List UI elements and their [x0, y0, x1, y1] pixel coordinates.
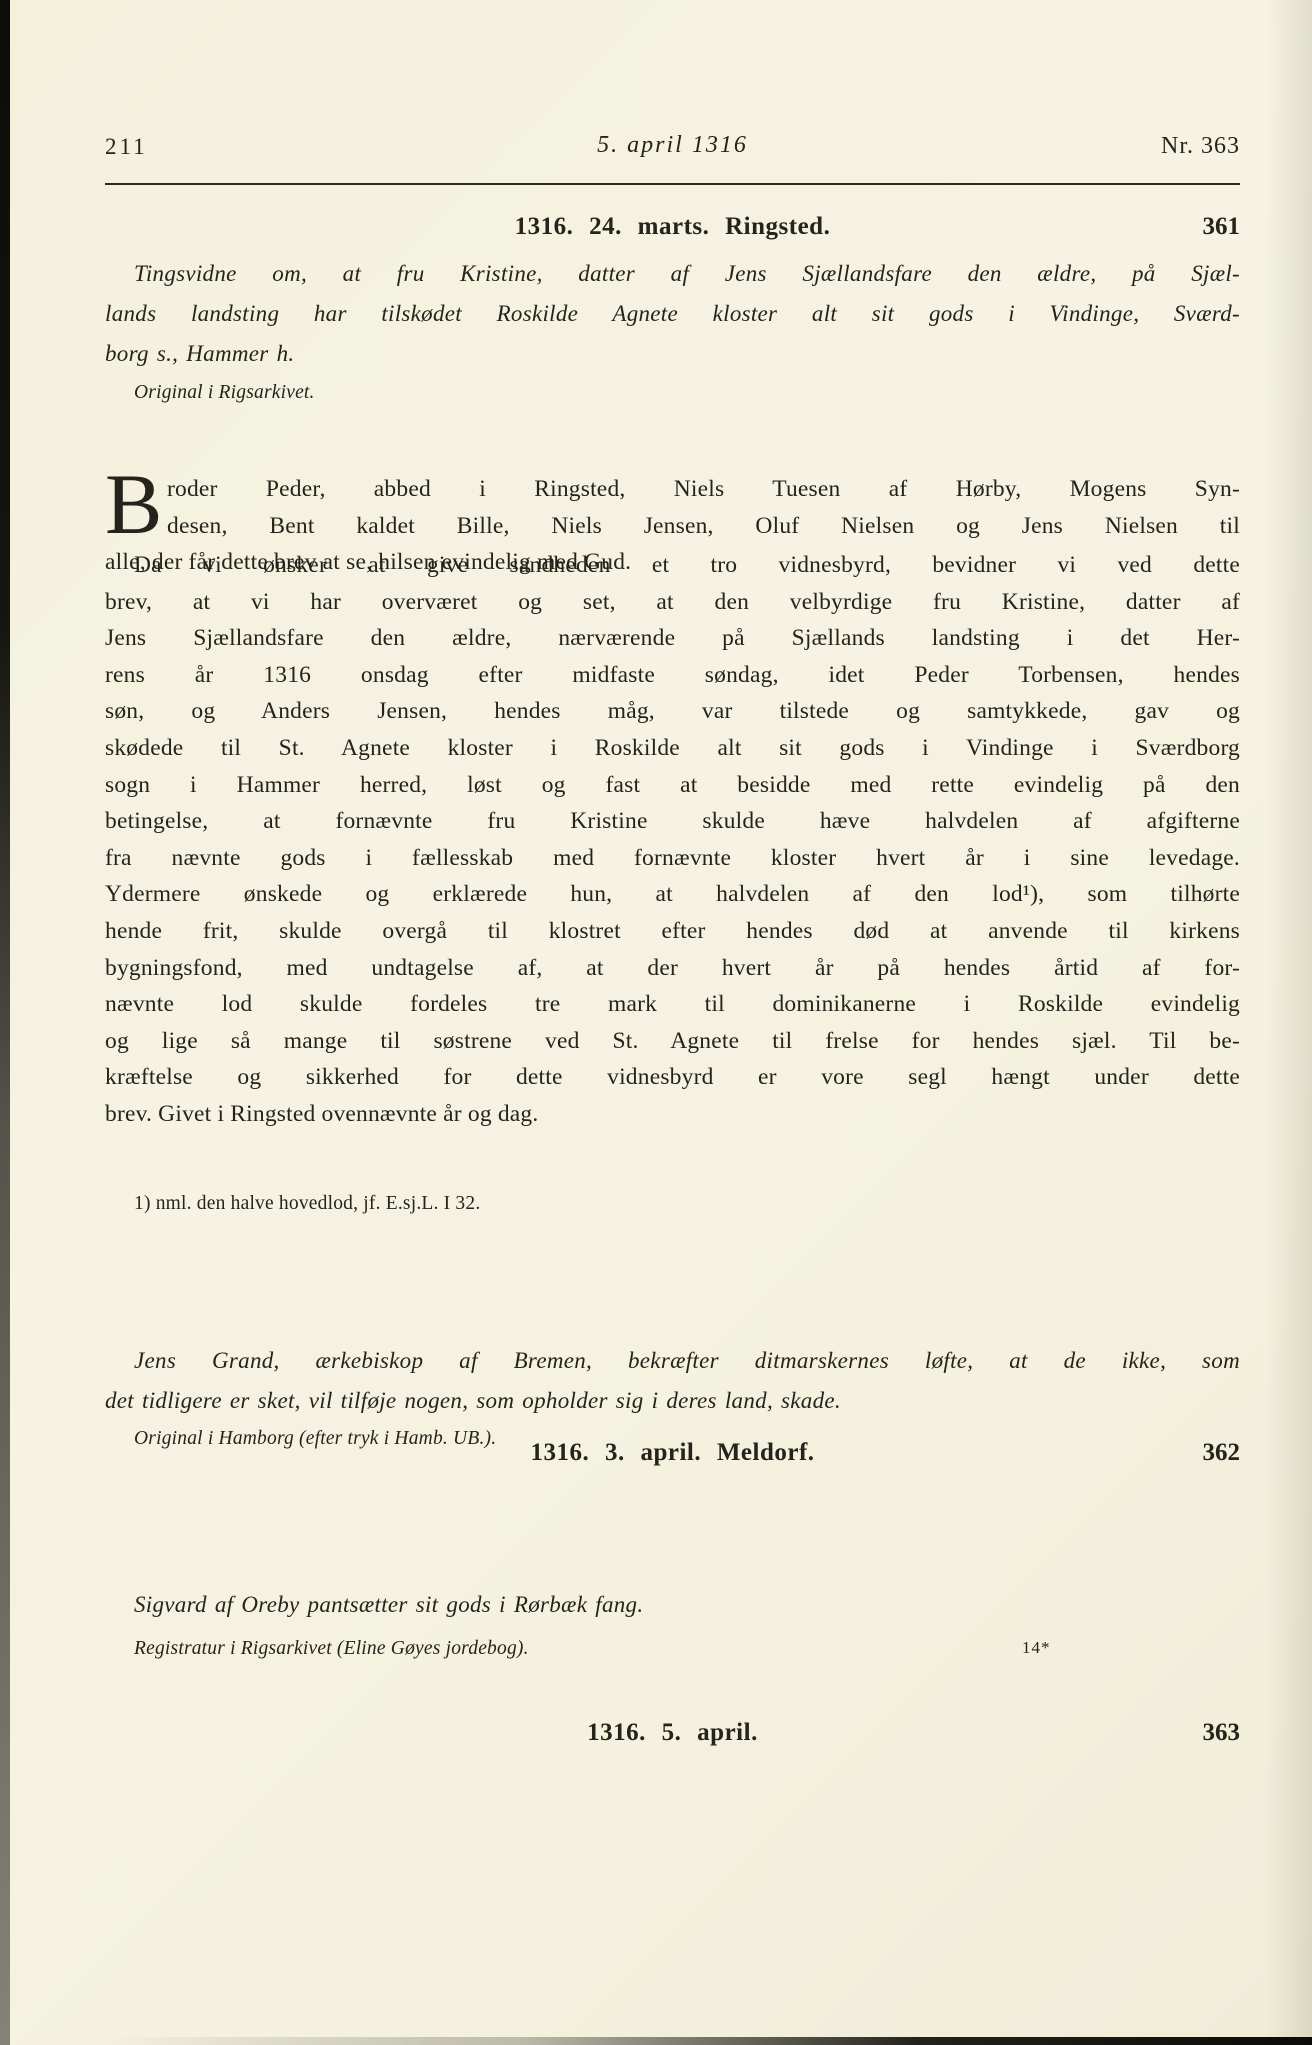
text-line: og lige så mange til søstrene ved St. Ag… [105, 1023, 1240, 1060]
text-line: desen, Bent kaldet Bille, Niels Jensen, … [105, 508, 1240, 545]
page-number: 211 [105, 134, 148, 160]
text-line: søn, og Anders Jensen, hendes måg, var t… [105, 693, 1240, 730]
scan-edge-bottom-artifact [0, 2037, 1312, 2045]
book-page: 211 5. april 1316 Nr. 363 1316. 24. mart… [0, 0, 1312, 2045]
entry-summary: Tingsvidne om, at fru Kristine, datter a… [105, 254, 1240, 374]
entry-source: Registratur i Rigsarkivet (Eline Gøyes j… [105, 1638, 1240, 1660]
entry-heading: 1316. 24. marts. Ringsted. 361 [105, 213, 1240, 247]
running-head: 211 5. april 1316 Nr. 363 [105, 132, 1240, 166]
text-line: sogn i Hammer herred, løst og fast at be… [105, 767, 1240, 804]
entry-number: 361 [1203, 213, 1241, 241]
signature-mark: 14* [1022, 1638, 1051, 1658]
entry-summary: Sigvard af Oreby pantsætter sit gods i R… [105, 1585, 1240, 1625]
text-line: Ydermere ønskede og erklærede hun, at ha… [105, 876, 1240, 913]
text-line: borg s., Hammer h. [105, 334, 1240, 374]
text-line: nævnte lod skulde fordeles tre mark til … [105, 986, 1240, 1023]
entry-heading-text: 1316. 5. april. [105, 1719, 1240, 1747]
text-line: betingelse, at fornævnte fru Kristine sk… [105, 803, 1240, 840]
text-line: skødede til St. Agnete kloster i Roskild… [105, 730, 1240, 767]
entry-number: 363 [1203, 1719, 1241, 1747]
scan-shade-right-artifact [1266, 0, 1312, 2045]
entry-source: Original i Rigsarkivet. [105, 382, 1240, 404]
entry-heading-text: 1316. 24. marts. Ringsted. [105, 213, 1240, 241]
text-line: bygningsfond, med undtagelse af, at der … [105, 950, 1240, 987]
text-line: Tingsvidne om, at fru Kristine, datter a… [105, 254, 1240, 294]
text-line: det tidligere er sket, vil tilføje nogen… [105, 1381, 1240, 1421]
header-rule [105, 183, 1240, 185]
text-line: brev, at vi har overværet og set, at den… [105, 584, 1240, 621]
text-line: fra nævnte gods i fællesskab med fornævn… [105, 840, 1240, 877]
text-line: Sigvard af Oreby pantsætter sit gods i R… [105, 1585, 1240, 1625]
entry-source: Original i Hamborg (efter tryk i Hamb. U… [105, 1428, 1240, 1450]
text-line: brev. Givet i Ringsted ovennævnte år og … [105, 1096, 1240, 1133]
running-title: 5. april 1316 [105, 132, 1240, 159]
text-line: hende frit, skulde overgå til klostret e… [105, 913, 1240, 950]
text-line: kræftelse og sikkerhed for dette vidnesb… [105, 1059, 1240, 1096]
entry-heading: 1316. 5. april. 363 [105, 1719, 1240, 1753]
text-line: lands landsting har tilskødet Roskilde A… [105, 294, 1240, 334]
entry-summary: Jens Grand, ærkebiskop af Bremen, bekræf… [105, 1341, 1240, 1421]
footnote: 1) nml. den halve hovedlod, jf. E.sj.L. … [105, 1193, 1240, 1215]
text-line: Jens Grand, ærkebiskop af Bremen, bekræf… [105, 1341, 1240, 1381]
entry-361: 1316. 24. marts. Ringsted. 361 Tingsvidn… [0, 0, 1312, 144]
text-line: Jens Sjællandsfare den ældre, nærværende… [105, 620, 1240, 657]
text-line: Da vi ønsker at give sandheden et tro vi… [105, 547, 1240, 584]
body-paragraph: Da vi ønsker at give sandheden et tro vi… [105, 547, 1240, 1133]
scan-edge-left-artifact [0, 0, 10, 2045]
drop-cap: B [105, 471, 163, 537]
text-line: roder Peder, abbed i Ringsted, Niels Tue… [105, 471, 1240, 508]
running-number-ref: Nr. 363 [1161, 133, 1240, 160]
text-line: rens år 1316 onsdag efter midfaste sønda… [105, 657, 1240, 694]
